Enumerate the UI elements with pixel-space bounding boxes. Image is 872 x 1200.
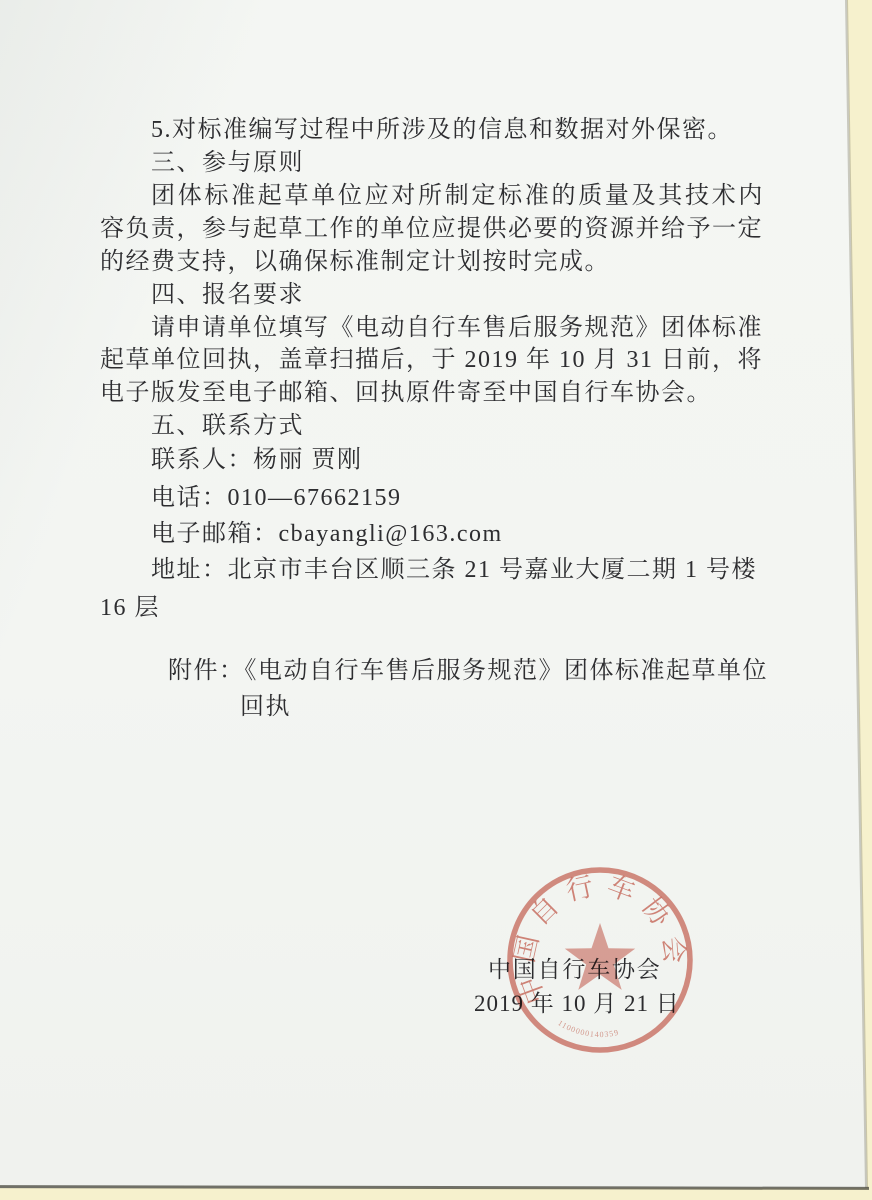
document-page [0,0,872,1188]
phone-line: 电话：010—67662159 [151,485,402,511]
star-icon [565,923,635,990]
body-line: 团体标准起草单位应对所制定标准的质量及其技术内 [151,183,765,209]
official-seal: 中国自行车协会 1100000140359 [502,862,698,1058]
body-line: 容负责，参与起草工作的单位应提供必要的资源并给予一定 [100,216,763,242]
attachment-line: 附件：《电动自行车售后服务规范》团体标准起草单位 [168,658,768,684]
attachment-line-continued: 回执 [240,694,291,720]
body-line: 电子版发至电子邮箱、回执原件寄至中国自行车协会。 [100,380,712,406]
section-heading: 四、报名要求 [151,282,304,308]
body-line: 5.对标准编写过程中所涉及的信息和数据对外保密。 [151,117,733,143]
address-line-continued: 16 层 [100,595,160,621]
email-line: 电子邮箱：cbayangli@163.com [151,521,503,547]
section-heading: 三、参与原则 [151,150,304,176]
contact-person-line: 联系人：杨丽 贾刚 [151,447,363,473]
seal-code: 1100000140359 [556,1018,620,1039]
body-line: 的经费支持，以确保标准制定计划按时完成。 [100,249,610,275]
address-line: 地址：北京市丰台区顺三条 21 号嘉业大厦二期 1 号楼 [151,557,757,583]
body-line: 请申请单位填写《电动自行车售后服务规范》团体标准 [151,315,763,341]
body-line: 起草单位回执，盖章扫描后，于 2019 年 10 月 31 日前，将 [100,347,763,373]
section-heading: 五、联系方式 [151,413,304,439]
page-bottom-edge [0,1185,869,1190]
